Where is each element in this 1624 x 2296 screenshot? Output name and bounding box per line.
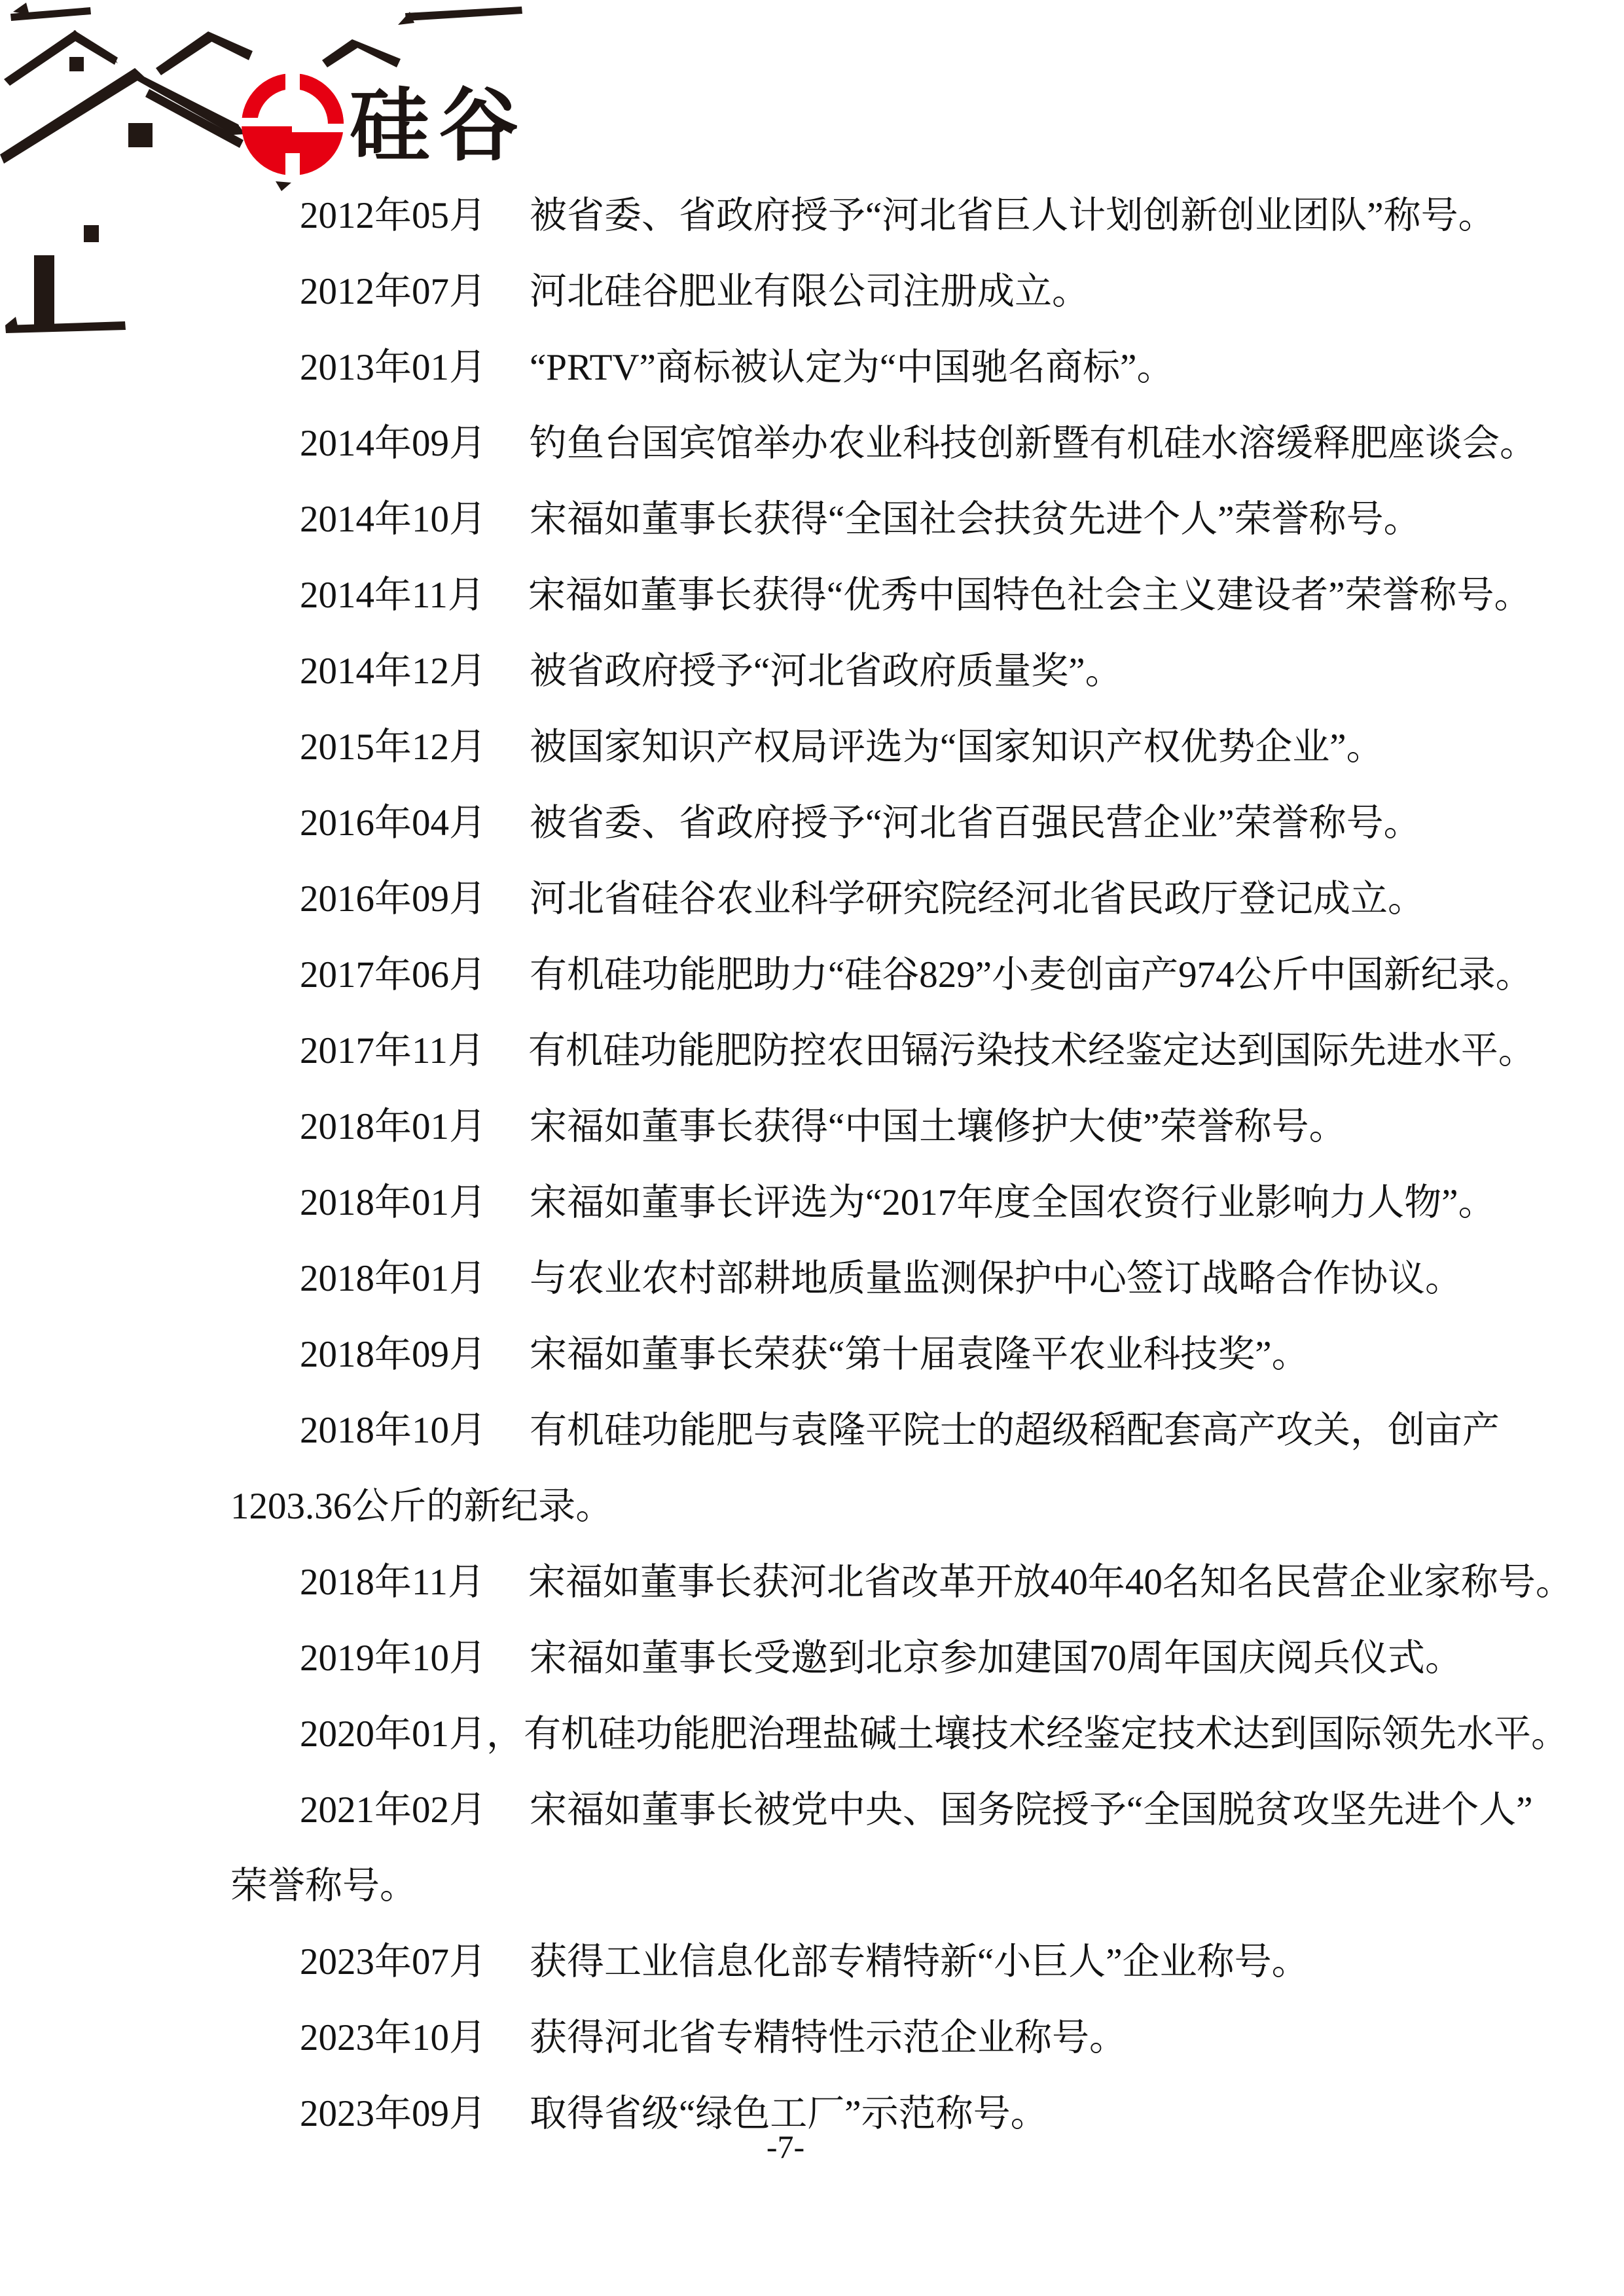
timeline-row: 2014年12月被省政府授予“河北省政府质量奖”。 <box>230 634 1579 709</box>
row-text: 被省委、省政府授予“河北省巨人计划创新创业团队”称号。 <box>530 195 1496 236</box>
row-text: 获得河北省专精特性示范企业称号。 <box>530 2017 1127 2058</box>
row-date: 2013年01月 <box>300 347 486 388</box>
timeline-row: 2023年10月获得河北省专精特性示范企业称号。 <box>230 2000 1579 2076</box>
row-date: 2012年07月 <box>300 271 486 312</box>
s-circle-icon <box>239 67 344 182</box>
timeline-row: 2023年07月获得工业信息化部专精特新“小巨人”企业称号。 <box>230 1924 1579 2000</box>
timeline-row: 2013年01月“PRTV”商标被认定为“中国驰名商标”。 <box>230 330 1579 406</box>
timeline-row: 2016年04月被省委、省政府授予“河北省百强民营企业”荣誉称号。 <box>230 785 1579 861</box>
row-date: 2015年12月 <box>300 726 486 768</box>
timeline-row: 2015年12月被国家知识产权局评选为“国家知识产权优势企业”。 <box>230 709 1579 785</box>
row-text: 被省政府授予“河北省政府质量奖”。 <box>530 651 1123 692</box>
timeline-row: 2020年01月，有机硅功能肥治理盐碱土壤技术经鉴定技术达到国际领先水平。 <box>230 1696 1579 1772</box>
timeline-row-continuation: 1203.36公斤的新纪录。 <box>230 1469 1579 1545</box>
row-date: 2020年01月 <box>300 1713 486 1755</box>
row-date: 2014年10月 <box>300 499 486 540</box>
row-text: 有机硅功能肥与袁隆平院士的超级稻配套高产攻关，创亩产 <box>530 1410 1500 1451</box>
row-date: 2018年11月 <box>300 1562 485 1603</box>
timeline: 2012年05月被省委、省政府授予“河北省巨人计划创新创业团队”称号。 2012… <box>230 178 1579 2152</box>
row-date: 2014年12月 <box>300 651 486 692</box>
row-date: 2021年02月 <box>300 1789 486 1831</box>
row-date: 2016年09月 <box>300 878 486 920</box>
row-date: 2023年07月 <box>300 1941 486 1982</box>
row-text: 被省委、省政府授予“河北省百强民营企业”荣誉称号。 <box>530 802 1421 844</box>
row-text: 有机硅功能肥助力“硅谷829”小麦创亩产974公斤中国新纪录。 <box>530 954 1533 996</box>
row-date: 2017年11月 <box>300 1030 485 1071</box>
page-number: -7- <box>0 2128 1571 2165</box>
row-text: 宋福如董事长获得“全国社会扶贫先进个人”荣誉称号。 <box>530 499 1421 540</box>
row-text: 宋福如董事长获得“优秀中国特色社会主义建设者”荣誉称号。 <box>528 575 1532 616</box>
timeline-row: 2018年09月宋福如董事长荣获“第十届袁隆平农业科技奖”。 <box>230 1317 1579 1393</box>
row-text: 宋福如董事长评选为“2017年度全国农资行业影响力人物”。 <box>530 1182 1496 1223</box>
row-text: 1203.36公斤的新纪录。 <box>230 1486 613 1527</box>
row-date: 2018年10月 <box>300 1410 486 1451</box>
row-date: 2019年10月 <box>300 1638 486 1679</box>
timeline-row: 2018年10月有机硅功能肥与袁隆平院士的超级稻配套高产攻关，创亩产 <box>230 1393 1579 1469</box>
row-text: 宋福如董事长获河北省改革开放40年40名知名民营企业家称号。 <box>528 1562 1573 1603</box>
row-date: 2018年01月 <box>300 1106 486 1147</box>
row-text: 河北硅谷肥业有限公司注册成立。 <box>530 271 1089 312</box>
row-text: 钓鱼台国宾馆举办农业科技创新暨有机硅水溶缓释肥座谈会。 <box>530 423 1537 464</box>
row-text: 被国家知识产权局评选为“国家知识产权优势企业”。 <box>530 726 1384 768</box>
row-date: 2014年11月 <box>300 575 485 616</box>
timeline-row: 2018年01月宋福如董事长获得“中国土壤修护大使”荣誉称号。 <box>230 1089 1579 1165</box>
timeline-row: 2017年11月有机硅功能肥防控农田镉污染技术经鉴定达到国际先进水平。 <box>230 1013 1579 1089</box>
timeline-row-continuation: 荣誉称号。 <box>230 1848 1579 1924</box>
timeline-row: 2014年09月钓鱼台国宾馆举办农业科技创新暨有机硅水溶缓释肥座谈会。 <box>230 406 1579 482</box>
row-text: 宋福如董事长荣获“第十届袁隆平农业科技奖”。 <box>530 1334 1309 1375</box>
row-text: 宋福如董事长获得“中国土壤修护大使”荣誉称号。 <box>530 1106 1346 1147</box>
row-date: 2018年01月 <box>300 1258 486 1299</box>
row-date: 2016年04月 <box>300 802 486 844</box>
row-date: 2023年10月 <box>300 2017 486 2058</box>
row-text: 荣誉称号。 <box>230 1865 417 1907</box>
timeline-row: 2012年07月河北硅谷肥业有限公司注册成立。 <box>230 254 1579 330</box>
row-date: 2018年01月 <box>300 1182 486 1223</box>
timeline-row: 2021年02月宋福如董事长被党中央、国务院授予“全国脱贫攻坚先进个人” <box>230 1772 1579 1848</box>
row-text: 宋福如董事长受邀到北京参加建国70周年国庆阅兵仪式。 <box>530 1638 1462 1679</box>
timeline-row: 2016年09月河北省硅谷农业科学研究院经河北省民政厅登记成立。 <box>230 861 1579 937</box>
row-date: 2018年09月 <box>300 1334 486 1375</box>
timeline-row: 2014年10月宋福如董事长获得“全国社会扶贫先进个人”荣誉称号。 <box>230 482 1579 558</box>
timeline-row: 2018年01月与农业农村部耕地质量监测保护中心签订战略合作协议。 <box>230 1241 1579 1317</box>
timeline-row: 2017年06月有机硅功能肥助力“硅谷829”小麦创亩产974公斤中国新纪录。 <box>230 937 1579 1013</box>
row-text: 宋福如董事长被党中央、国务院授予“全国脱贫攻坚先进个人” <box>530 1789 1533 1831</box>
brand-text: 硅谷 <box>350 81 528 170</box>
row-text: 有机硅功能肥防控农田镉污染技术经鉴定达到国际先进水平。 <box>528 1030 1536 1071</box>
row-date: 2017年06月 <box>300 954 486 996</box>
timeline-row: 2018年01月宋福如董事长评选为“2017年度全国农资行业影响力人物”。 <box>230 1165 1579 1241</box>
row-text: 河北省硅谷农业科学研究院经河北省民政厅登记成立。 <box>530 878 1425 920</box>
timeline-row: 2012年05月被省委、省政府授予“河北省巨人计划创新创业团队”称号。 <box>230 178 1579 254</box>
row-date: 2012年05月 <box>300 195 486 236</box>
row-date: 2014年09月 <box>300 423 486 464</box>
row-text: 获得工业信息化部专精特新“小巨人”企业称号。 <box>530 1941 1309 1982</box>
row-text: “PRTV”商标被认定为“中国驰名商标”。 <box>530 347 1174 388</box>
timeline-row: 2014年11月宋福如董事长获得“优秀中国特色社会主义建设者”荣誉称号。 <box>230 558 1579 634</box>
row-text: ，有机硅功能肥治理盐碱土壤技术经鉴定技术达到国际领先水平。 <box>486 1713 1568 1755</box>
timeline-row: 2019年10月宋福如董事长受邀到北京参加建国70周年国庆阅兵仪式。 <box>230 1621 1579 1696</box>
document-page: 硅谷 2012年05月被省委、省政府授予“河北省巨人计划创新创业团队”称号。 2… <box>0 0 1624 2296</box>
timeline-row: 2018年11月宋福如董事长获河北省改革开放40年40名知名民营企业家称号。 <box>230 1545 1579 1621</box>
row-text: 与农业农村部耕地质量监测保护中心签订战略合作协议。 <box>530 1258 1462 1299</box>
